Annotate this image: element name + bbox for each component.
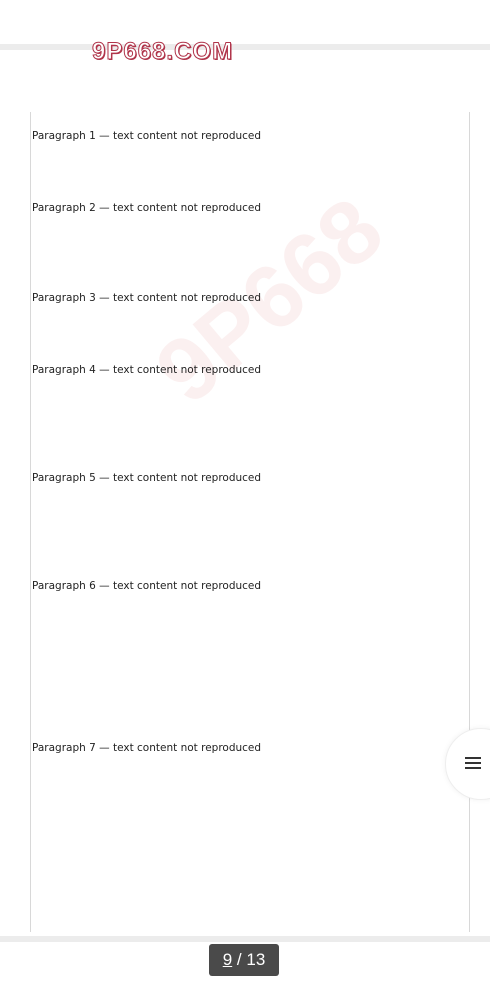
page-separator: / <box>232 950 246 969</box>
top-divider <box>0 44 490 50</box>
text-line: Paragraph 4 — text content not reproduce… <box>32 361 457 379</box>
text-line: Paragraph 3 — text content not reproduce… <box>32 289 457 307</box>
site-logo: 9P668.COM <box>92 38 233 66</box>
page-indicator[interactable]: 9 / 13 <box>209 944 279 976</box>
document-content: Paragraph 1 — text content not reproduce… <box>32 127 457 775</box>
paragraph: Paragraph 4 — text content not reproduce… <box>32 361 457 379</box>
text-line: Paragraph 1 — text content not reproduce… <box>32 127 457 145</box>
paragraph: Paragraph 5 — text content not reproduce… <box>32 469 457 487</box>
current-page: 9 <box>223 950 232 969</box>
text-line: Paragraph 2 — text content not reproduce… <box>32 199 457 217</box>
text-line: Paragraph 7 — text content not reproduce… <box>32 739 457 757</box>
paragraph: Paragraph 7 — text content not reproduce… <box>32 739 457 757</box>
paragraph: Paragraph 3 — text content not reproduce… <box>32 289 457 307</box>
total-pages: 13 <box>246 950 265 969</box>
paragraph: Paragraph 1 — text content not reproduce… <box>32 127 457 145</box>
text-line: Paragraph 5 — text content not reproduce… <box>32 469 457 487</box>
bottom-divider <box>0 936 490 942</box>
paragraph: Paragraph 6 — text content not reproduce… <box>32 577 457 595</box>
hamburger-menu-icon <box>465 757 481 772</box>
text-line: Paragraph 6 — text content not reproduce… <box>32 577 457 595</box>
paragraph: Paragraph 2 — text content not reproduce… <box>32 199 457 217</box>
